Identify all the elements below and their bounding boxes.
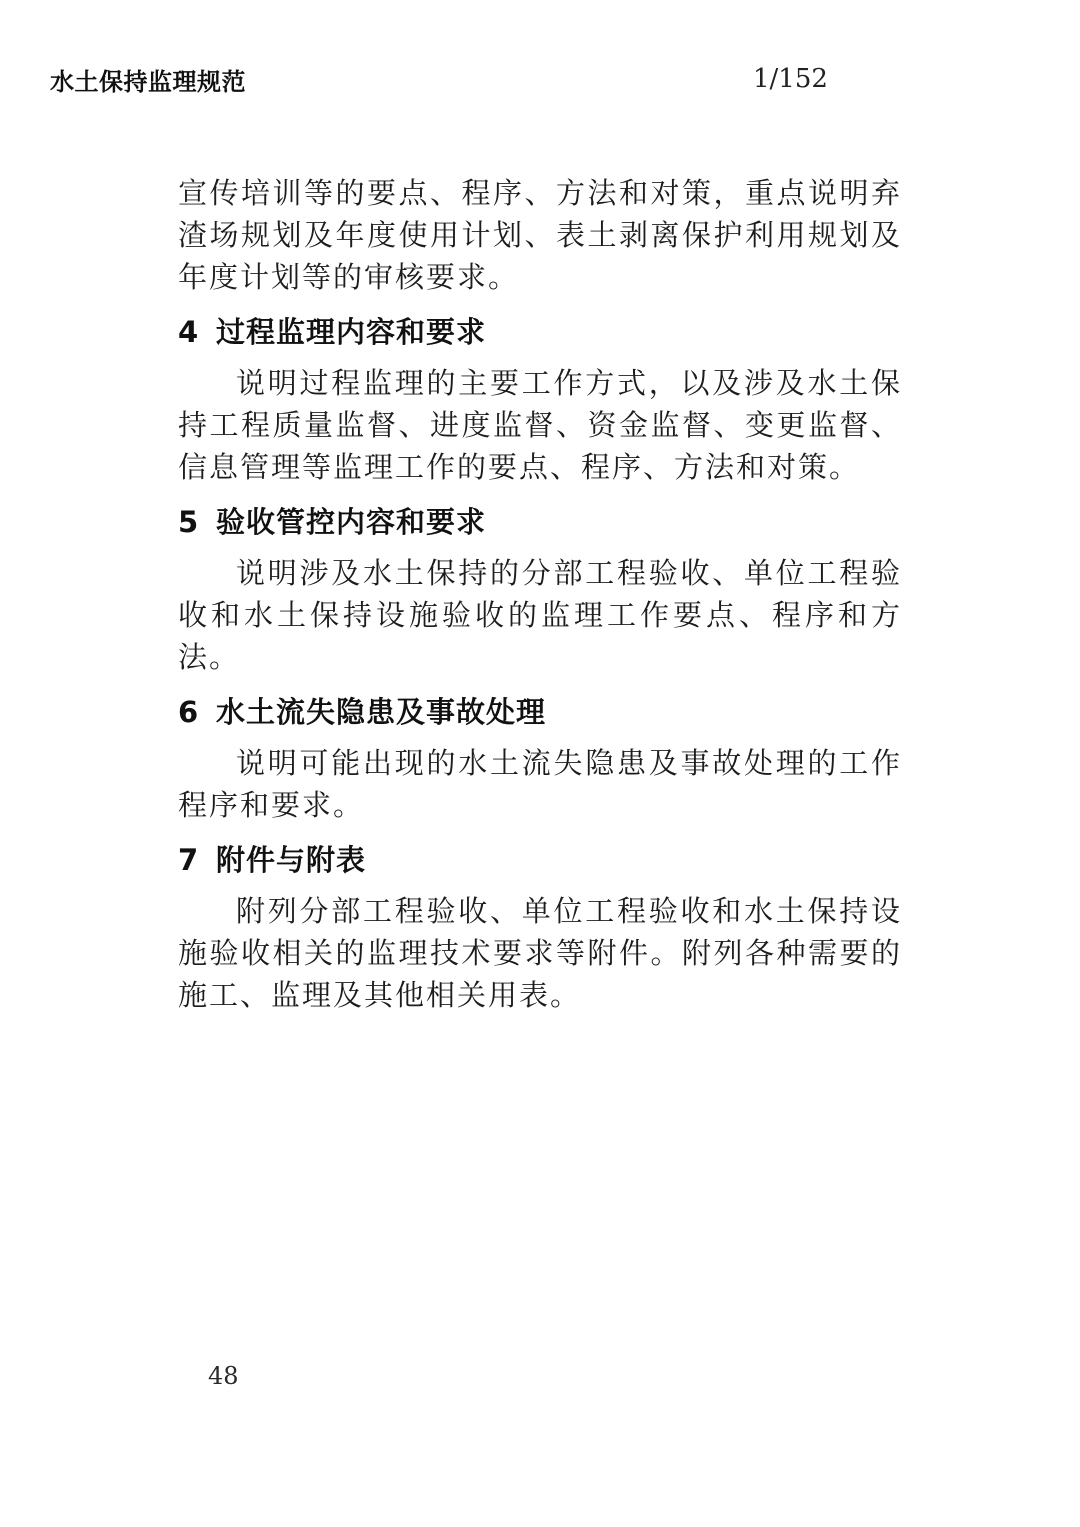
section-heading-4: 4过程监理内容和要求 <box>178 312 902 352</box>
section-heading-5: 5验收管控内容和要求 <box>178 502 902 542</box>
document-title: 水土保持监理规范 <box>50 62 246 97</box>
section-heading-7: 7附件与附表 <box>178 840 902 880</box>
section-number: 4 <box>178 312 216 352</box>
document-body: 宣传培训等的要点、程序、方法和对策，重点说明弃渣场规划及年度使用计划、表土剥离保… <box>178 172 902 1020</box>
section-number: 6 <box>178 692 216 732</box>
paragraph-section-4: 说明过程监理的主要工作方式，以及涉及水土保持工程质量监督、进度监督、资金监督、变… <box>178 362 902 488</box>
paragraph-section-5: 说明涉及水土保持的分部工程验收、单位工程验收和水土保持设施验收的监理工作要点、程… <box>178 552 902 678</box>
page-indicator: 1/152 <box>753 64 828 94</box>
document-page: 水土保持监理规范 1/152 宣传培训等的要点、程序、方法和对策，重点说明弃渣场… <box>0 0 1080 1527</box>
page-number: 48 <box>208 1362 239 1390</box>
section-title: 验收管控内容和要求 <box>216 505 486 539</box>
section-title: 水土流失隐患及事故处理 <box>216 695 546 729</box>
section-number: 5 <box>178 502 216 542</box>
paragraph-continuation: 宣传培训等的要点、程序、方法和对策，重点说明弃渣场规划及年度使用计划、表土剥离保… <box>178 172 902 298</box>
section-title: 附件与附表 <box>216 843 366 877</box>
section-title: 过程监理内容和要求 <box>216 315 486 349</box>
paragraph-section-7: 附列分部工程验收、单位工程验收和水土保持设施验收相关的监理技术要求等附件。附列各… <box>178 890 902 1016</box>
section-heading-6: 6水土流失隐患及事故处理 <box>178 692 902 732</box>
section-number: 7 <box>178 840 216 880</box>
page-header: 水土保持监理规范 1/152 <box>0 62 1080 102</box>
paragraph-section-6: 说明可能出现的水土流失隐患及事故处理的工作程序和要求。 <box>178 742 902 826</box>
